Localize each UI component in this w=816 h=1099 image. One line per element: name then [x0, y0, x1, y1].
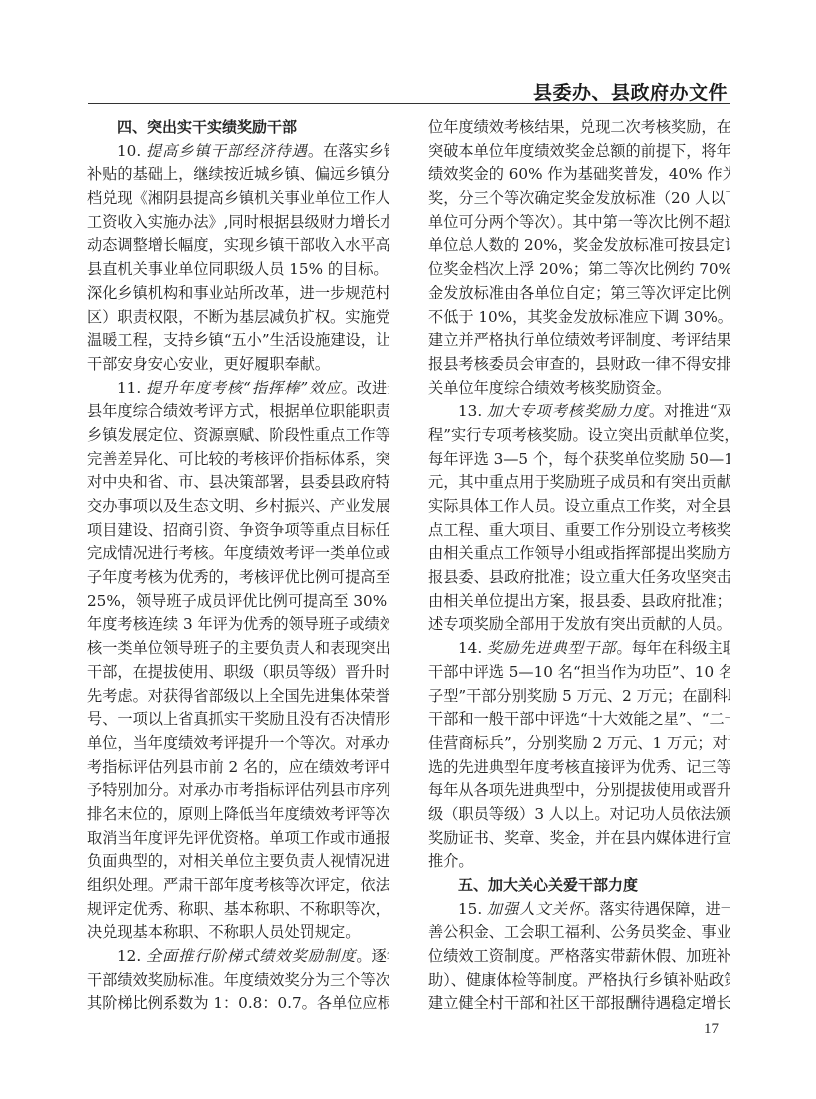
body-text-line: 推介。: [428, 850, 730, 874]
paragraph-start-line: 13. 加大专项考核奖励力度。对推进“双十工: [428, 400, 730, 424]
body-text-line: 组织处理。严肃干部年度考核等次评定，依法依: [87, 874, 389, 898]
body-text: 。每年在科级主职负责: [616, 639, 730, 657]
body-text-line: 完善差异化、可比较的考核评价指标体系，突出: [87, 448, 389, 472]
body-text-line: 年度考核连续 3 年评为优秀的领导班子或绩效考: [87, 613, 389, 637]
body-text-line: 由相关重点工作领导小组或指挥部提出奖励方案，: [428, 542, 730, 566]
body-text-line: 先考虑。对获得省部级以上全国先进集体荣誉称: [87, 685, 389, 709]
body-text-line: 项目建设、招商引资、争资争项等重点目标任务: [87, 519, 389, 543]
body-text-line: 决兑现基本称职、不称职人员处罚规定。: [87, 921, 389, 945]
body-text-line: 其阶梯比例系数为 1：0.8：0.7。各单位应根据单: [87, 992, 389, 1016]
body-text-line: 单位，当年度绩效考评提升一个等次。对承办市: [87, 732, 389, 756]
item-number: 15.: [458, 900, 487, 918]
body-text-line: 25%，领导班子成员评优比例可提高至 30%；对: [87, 590, 389, 614]
body-text-line: 由相关单位提出方案，报县委、县政府批准；上: [428, 590, 730, 614]
item-lead-title: 加强人文关怀: [487, 900, 584, 918]
body-text-line: 每年评选 3—5 个，每个获奖单位奖励 50—100 万: [428, 448, 730, 472]
body-text-line: 奖励证书、奖章、奖金，并在县内媒体进行宣传: [428, 827, 730, 851]
body-text-line: 号、一项以上省真抓实干奖励且没有否决情形的: [87, 708, 389, 732]
item-lead-title: 提高乡镇干部经济待遇: [146, 142, 308, 160]
item-lead-title: 奖励先进典型干部: [487, 639, 617, 657]
body-text-line: 干部，在提拔使用、职级（职员等级）晋升时优: [87, 661, 389, 685]
item-number: 13.: [458, 402, 487, 420]
body-text-line: 每年从各项先进典型中，分别提拔使用或晋升职: [428, 779, 730, 803]
left-column: 四、突出实干实绩奖励干部10. 提高乡镇干部经济待遇。在落实乡镇工作补贴的基础上…: [87, 116, 389, 1016]
body-text-line: 乡镇发展定位、资源禀赋、阶段性重点工作等，: [87, 424, 389, 448]
body-text-line: 排名末位的，原则上降低当年度绩效考评等次，: [87, 803, 389, 827]
body-text-line: 位绩效工资制度。严格落实带薪休假、加班补休（补: [428, 945, 730, 969]
body-text-line: 档兑现《湘阴县提高乡镇机关事业单位工作人员: [87, 187, 389, 211]
paragraph-start-line: 11. 提升年度考核“指挥棒”效应。改进全: [87, 377, 389, 401]
body-text-line: 述专项奖励全部用于发放有突出贡献的人员。: [428, 613, 730, 637]
body-text-line: 实际具体工作人员。设立重点工作奖，对全县重: [428, 495, 730, 519]
body-text-line: 深化乡镇机构和事业站所改革，进一步规范村（社: [87, 282, 389, 306]
body-text-line: 予特别加分。对承办市考指标评估列县市序列中: [87, 779, 389, 803]
item-number: 14.: [458, 639, 487, 657]
body-text-line: 县直机关事业单位同职级人员 15% 的目标。持续: [87, 258, 389, 282]
body-text-line: 交办事项以及生态文明、乡村振兴、产业发展、: [87, 495, 389, 519]
item-number: 10.: [117, 142, 146, 160]
body-text-line: 助）、健康体检等制度。严格执行乡镇补贴政策，: [428, 969, 730, 993]
body-text-line: 补贴的基础上，继续按近城乡镇、偏远乡镇分两: [87, 163, 389, 187]
body-text-line: 对中央和省、市、县决策部署，县委县政府特别: [87, 471, 389, 495]
body-text-line: 县年度综合绩效考评方式，根据单位职能职责和: [87, 400, 389, 424]
body-text-line: 元，其中重点用于奖励班子成员和有突出贡献的: [428, 471, 730, 495]
item-number: 11.: [117, 379, 146, 397]
body-text: 。落实待遇保障，进一步完: [584, 900, 730, 918]
section-heading: 五、加大关心关爱干部力度: [428, 874, 730, 898]
body-text-line: 核一类单位领导班子的主要负责人和表现突出的: [87, 637, 389, 661]
paragraph-start-line: 12. 全面推行阶梯式绩效奖励制度。逐年提高: [87, 945, 389, 969]
body-text-line: 点工程、重大项目、重要工作分别设立考核奖励，: [428, 519, 730, 543]
body-text-line: 工资收入实施办法》,同时根据县级财力增长水平，: [87, 211, 389, 235]
body-text-line: 取消当年度评先评优资格。单项工作或市通报为: [87, 827, 389, 851]
body-text-line: 干部和一般干部中评选“十大效能之星”、“二十: [428, 708, 730, 732]
body-text-line: 动态调整增长幅度，实现乡镇干部收入水平高于: [87, 234, 389, 258]
body-text-line: 单位可分两个等次）。其中第一等次比例不超过: [428, 211, 730, 235]
body-text-line: 金发放标准由各单位自定；第三等次评定比例应: [428, 282, 730, 306]
body-text-line: 建立并严格执行单位绩效考评制度、考评结果未: [428, 329, 730, 353]
body-text-line: 不低于 10%，其奖金发放标准应下调 30%。凡未: [428, 306, 730, 330]
body-text-line: 子年度考核为优秀的，考核评优比例可提高至: [87, 566, 389, 590]
body-text: 。对推进“双十工: [649, 402, 730, 420]
body-text-line: 善公积金、工会职工福利、公务员奖金、事业单: [428, 921, 730, 945]
body-text-line: 区）职责权限，不断为基层减负扩权。实施党内: [87, 306, 389, 330]
body-text-line: 规评定优秀、称职、基本称职、不称职等次，坚: [87, 898, 389, 922]
body-text-line: 绩效奖金的 60% 作为基础奖普发，40% 作为阶梯: [428, 163, 730, 187]
body-text-line: 报县考核委员会审查的，县财政一律不得安排相: [428, 353, 730, 377]
header-title: 县委办、县政府办文件: [533, 78, 728, 105]
body-text-line: 选的先进典型年度考核直接评为优秀、记三等功。: [428, 756, 730, 780]
item-lead-title: 提升年度考核“指挥棒”效应: [146, 379, 342, 397]
body-text-line: 位年度绩效考核结果，兑现二次考核奖励，在不: [428, 116, 730, 140]
item-number: 12.: [117, 947, 146, 965]
section-heading: 四、突出实干实绩奖励干部: [87, 116, 389, 140]
body-text-line: 级（职员等级）3 人以上。对记功人员依法颁发: [428, 803, 730, 827]
right-column: 位年度绩效考核结果，兑现二次考核奖励，在不突破本单位年度绩效奖金总额的前提下，将…: [428, 116, 730, 1016]
body-text-line: 位奖金档次上浮 20%；第二等次比例约 70%，奖: [428, 258, 730, 282]
body-text-line: 报县委、县政府批准；设立重大任务攻坚突击奖，: [428, 566, 730, 590]
paragraph-start-line: 15. 加强人文关怀。落实待遇保障，进一步完: [428, 898, 730, 922]
body-text-line: 干部中评选 5—10 名“担当作为功臣”、10 名“狮: [428, 661, 730, 685]
body-text-line: 奖，分三个等次确定奖金发放标准（20 人以下的: [428, 187, 730, 211]
body-text-line: 考指标评估列县市前 2 名的，应在绩效考评中给: [87, 756, 389, 780]
body-text: 。改进全: [342, 379, 389, 397]
body-text-line: 单位总人数的 20%，奖金发放标准可按县定该单: [428, 234, 730, 258]
body-text-line: 干部绩效奖励标准。年度绩效奖分为三个等次，: [87, 969, 389, 993]
body-text-line: 子型”干部分别奖励 5 万元、2 万元；在副科职: [428, 685, 730, 709]
body-text-line: 完成情况进行考核。年度绩效考评一类单位或班: [87, 542, 389, 566]
paragraph-start-line: 14. 奖励先进典型干部。每年在科级主职负责: [428, 637, 730, 661]
item-lead-title: 全面推行阶梯式绩效奖励制度: [146, 947, 356, 965]
body-text-line: 干部安身安心安业，更好履职奉献。: [87, 353, 389, 377]
body-text-line: 温暖工程，支持乡镇“五小”生活设施建设，让: [87, 329, 389, 353]
body-text-line: 突破本单位年度绩效奖金总额的前提下，将年度: [428, 140, 730, 164]
page-number: 17: [704, 1021, 719, 1038]
body-text-line: 程”实行专项考核奖励。设立突出贡献单位奖，: [428, 424, 730, 448]
body-text-line: 建立健全村干部和社区干部报酬待遇稳定增长机: [428, 992, 730, 1016]
item-lead-title: 加大专项考核奖励力度: [487, 402, 649, 420]
body-text-line: 关单位年度综合绩效考核奖励资金。: [428, 377, 730, 401]
body-text: 。逐年提高: [356, 947, 389, 965]
body-text-line: 佳营商标兵”，分别奖励 2 万元、1 万元；对评: [428, 732, 730, 756]
body-text-line: 负面典型的，对相关单位主要负责人视情况进行: [87, 850, 389, 874]
header-divider: [88, 103, 730, 104]
paragraph-start-line: 10. 提高乡镇干部经济待遇。在落实乡镇工作: [87, 140, 389, 164]
body-text: 。在落实乡镇工作: [308, 142, 389, 160]
